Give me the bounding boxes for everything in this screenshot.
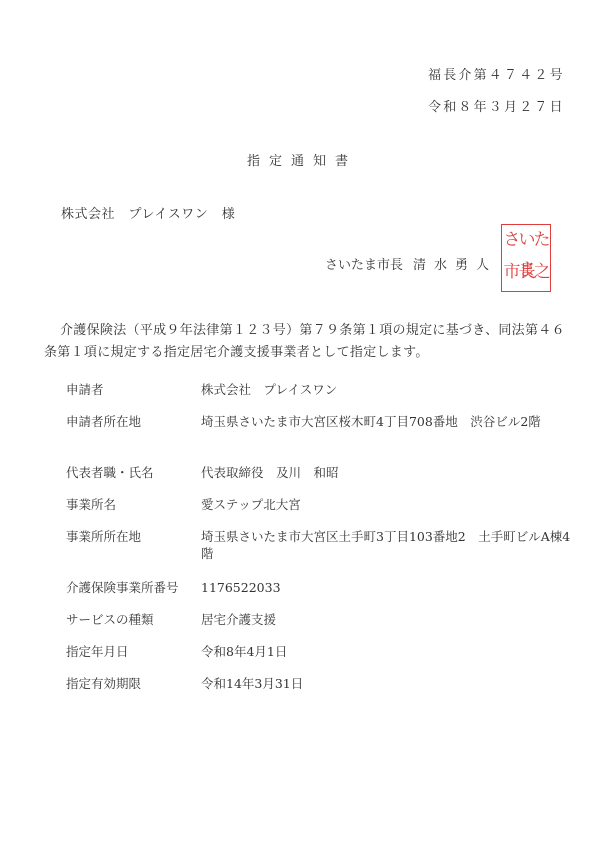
detail-row-applicant-address: 申請者所在地 埼玉県さいたま市大宮区桜木町4丁目708番地 渋谷ビル2階	[66, 413, 571, 464]
issuer-name: 清水勇人	[413, 258, 497, 273]
detail-row-expiration-date: 指定有効期限 令和14年3月31日	[66, 675, 571, 707]
detail-label: 介護保険事業所番号	[66, 579, 201, 611]
detail-value: 愛ステップ北大宮	[201, 496, 571, 528]
issue-date: 令和８年３月２７日	[428, 96, 565, 115]
details-table: 申請者 株式会社 プレイスワン 申請者所在地 埼玉県さいたま市大宮区桜木町4丁目…	[66, 381, 571, 707]
detail-label: 指定有効期限	[66, 675, 201, 707]
detail-value: 令和14年3月31日	[201, 675, 571, 707]
document-title: 指定通知書	[247, 150, 357, 169]
detail-value: 令和8年4月1日	[201, 643, 571, 675]
detail-value: 1176522033	[201, 579, 571, 611]
detail-label: 代表者職・氏名	[66, 464, 201, 496]
detail-value: 代表取締役 及川 和昭	[201, 464, 571, 496]
detail-row-designation-date: 指定年月日 令和8年4月1日	[66, 643, 571, 675]
issuer-position: さいたま市長	[325, 258, 403, 273]
detail-row-representative: 代表者職・氏名 代表取締役 及川 和昭	[66, 464, 571, 496]
detail-label: サービスの種類	[66, 611, 201, 643]
designation-statement: 介護保険法（平成９年法律第１２３号）第７９条第１項の規定に基づき、同法第４６条第…	[44, 320, 574, 364]
detail-value: 株式会社 プレイスワン	[201, 381, 571, 413]
detail-row-office-name: 事業所名 愛ステップ北大宮	[66, 496, 571, 528]
stamp-text-row-1: さいたま	[502, 225, 550, 257]
detail-label: 事業所名	[66, 496, 201, 528]
detail-value: 埼玉県さいたま市大宮区土手町3丁目103番地2 土手町ビルA棟4階	[201, 528, 571, 579]
detail-row-office-address: 事業所所在地 埼玉県さいたま市大宮区土手町3丁目103番地2 土手町ビルA棟4階	[66, 528, 571, 579]
addressee: 株式会社 プレイスワン 様	[61, 203, 235, 222]
detail-row-office-number: 介護保険事業所番号 1176522033	[66, 579, 571, 611]
reference-number: 福長介第４７４２号	[428, 64, 565, 83]
detail-label: 申請者所在地	[66, 413, 201, 464]
issuer: さいたま市長清水勇人	[325, 254, 497, 273]
detail-row-applicant: 申請者 株式会社 プレイスワン	[66, 381, 571, 413]
official-seal-stamp: さいたま 市長之印	[501, 224, 551, 292]
detail-label: 事業所所在地	[66, 528, 201, 579]
detail-value: 居宅介護支援	[201, 611, 571, 643]
detail-row-service-type: サービスの種類 居宅介護支援	[66, 611, 571, 643]
detail-value: 埼玉県さいたま市大宮区桜木町4丁目708番地 渋谷ビル2階	[201, 413, 571, 464]
stamp-text-row-2: 市長之印	[502, 257, 550, 289]
detail-label: 指定年月日	[66, 643, 201, 675]
detail-label: 申請者	[66, 381, 201, 413]
